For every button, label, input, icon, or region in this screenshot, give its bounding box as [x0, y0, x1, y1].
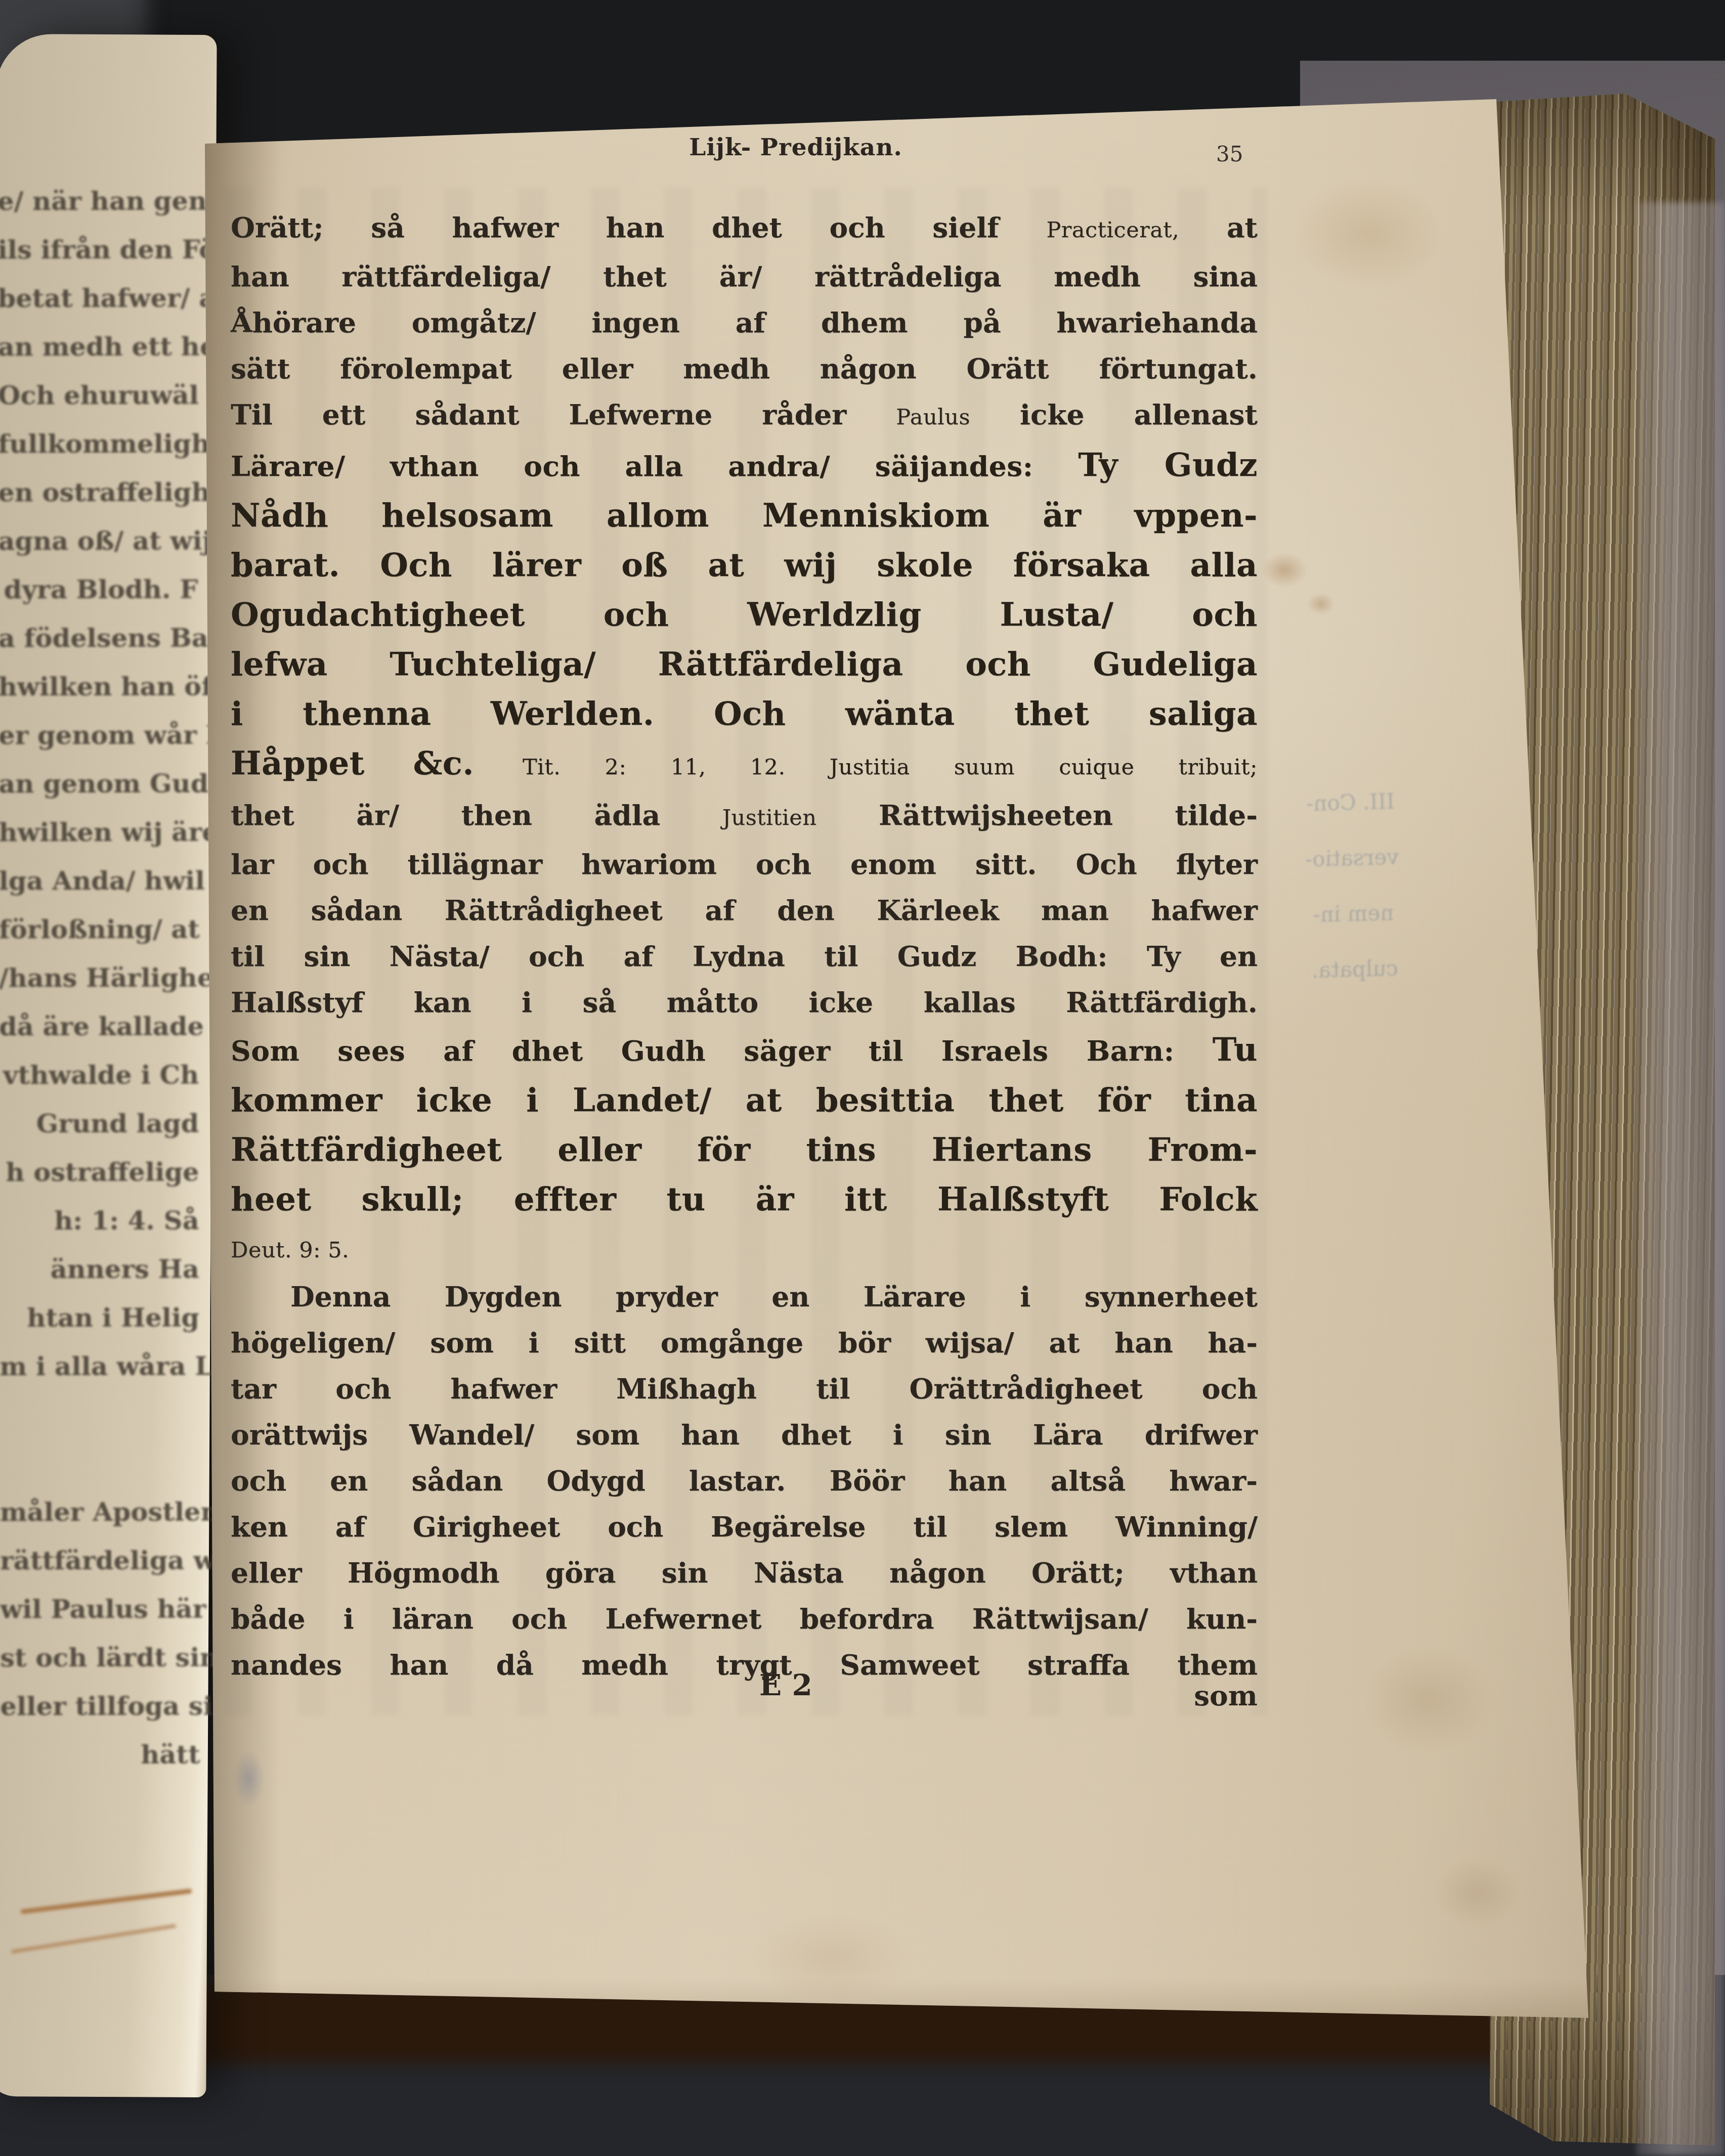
verso-text-fragment: hätt: [1, 1731, 200, 1780]
fraktur-segment: Halßstyf kan i så måtto icke kallas Rätt…: [231, 986, 1258, 1019]
fraktur-segment: Denna Dygden pryder en Lärare i synnerhe…: [290, 1280, 1258, 1313]
translucent-interleaf-sheet: [1636, 202, 1725, 2156]
verso-text-fragment: fullkommeligh: Ty: [0, 420, 198, 469]
text-line: Halßstyf kan i så måtto icke kallas Rätt…: [231, 979, 1258, 1025]
fraktur-segment: lefwa Tuchteliga/ Rättfärdeliga och Gude…: [231, 645, 1258, 683]
ink-offset-mark: [234, 1751, 264, 1807]
page-number: 35: [1216, 142, 1277, 166]
text-line: både i läran och Lefwernet befordra Rätt…: [231, 1596, 1258, 1642]
text-line: Orätt; så hafwer han dhet och sielf Prac…: [231, 204, 1258, 253]
signature-mark: E 2: [759, 1668, 812, 1702]
body-text: Orätt; så hafwer han dhet och sielf Prac…: [231, 204, 1258, 1688]
fraktur-segment: at: [1179, 211, 1258, 244]
fraktur-segment: thet är/ then ädla: [231, 799, 722, 831]
fox-spot: [1307, 593, 1334, 615]
page-footer: E 2 som: [231, 1664, 1258, 1745]
verso-text-fragment: e/ när han gen: [0, 177, 197, 226]
fraktur-segment: han rättfärdeliga/ thet är/ rättrådeliga…: [231, 260, 1258, 293]
margin-show-through-note: III. Con-versatio-nem in-culpata.: [1284, 773, 1421, 999]
verso-text-fragment: m i alla wåra L: [0, 1342, 199, 1391]
text-line: Åhörare omgåtz/ ingen af dhem på hwarieh…: [231, 299, 1258, 345]
verso-text-fragment: eller tillfoga sin: [0, 1682, 200, 1731]
stain: [1434, 1857, 1520, 1928]
verso-text-fragment: [0, 1391, 199, 1440]
text-line: Denna Dygden pryder en Lärare i synnerhe…: [231, 1273, 1258, 1319]
fraktur-segment: Håppet &c.: [231, 744, 523, 782]
fraktur-segment: Nådh helsosam allom Menniskiom är vppen-: [231, 497, 1258, 535]
verso-text-fragment: /hans Härlighee: [0, 954, 199, 1003]
verso-text-fragment: h ostraffelige: [0, 1148, 199, 1197]
verso-text-fragment: [0, 1439, 200, 1488]
fraktur-segment: barat. Och lärer oß at wij skole försaka…: [231, 546, 1258, 584]
text-line: och en sådan Odygd lastar. Böör han alts…: [231, 1458, 1258, 1504]
show-through-line: culpata.: [1288, 940, 1421, 999]
text-line: Som sees af dhet Gudh säger til Israels …: [231, 1025, 1258, 1076]
fraktur-segment: til sin Nästa/ och af Lydna til Gudz Bod…: [231, 940, 1258, 973]
fraktur-segment: Til ett sådant Lefwerne råder: [231, 398, 896, 431]
book-scan-scene: e/ när han genils ifrån den Förbetat haf…: [0, 0, 1725, 2156]
text-line: Til ett sådant Lefwerne råder Paulus ick…: [231, 391, 1258, 441]
show-through-line: III. Con-: [1284, 773, 1417, 832]
fraktur-segment: både i läran och Lefwernet befordra Rätt…: [231, 1602, 1258, 1635]
verso-text-fragment: h: 1: 4. Så: [0, 1197, 199, 1246]
fraktur-segment: ken af Girigheet och Begärelse til slem …: [231, 1510, 1258, 1543]
fraktur-segment: icke allenast: [970, 398, 1258, 431]
verso-text-fragment: änners Ha: [0, 1245, 199, 1294]
fraktur-segment: tar och hafwer Mißhagh til Orättrådighee…: [231, 1372, 1258, 1405]
catchword: som: [1194, 1679, 1258, 1712]
text-line: i thenna Werlden. Och wänta thet saliga: [231, 689, 1258, 739]
text-line: orättwijs Wandel/ som han dhet i sin Lär…: [231, 1412, 1258, 1458]
text-line: heet skull; effter tu är itt Halßstyft F…: [231, 1175, 1258, 1224]
verso-text-fragment: agna oß/ at wij: [0, 517, 198, 566]
text-line: Håppet &c. Tit. 2: 11, 12. Justitia suum…: [231, 739, 1258, 792]
fraktur-segment: i thenna Werlden. Och wänta thet saliga: [231, 695, 1258, 733]
verso-page-curled: e/ när han genils ifrån den Förbetat haf…: [0, 34, 217, 2097]
fox-spot: [1262, 552, 1307, 588]
fraktur-segment: orättwijs Wandel/ som han dhet i sin Lär…: [231, 1418, 1258, 1451]
fraktur-segment: Rättwijsheeten tilde-: [817, 799, 1258, 831]
verso-text-fragment: Grund lagd: [0, 1099, 199, 1149]
fraktur-segment: Ogudachtigheet och Werldzlig Lusta/ och: [231, 596, 1258, 634]
verso-text-fragment: dyra Blodh. F: [0, 565, 198, 614]
verso-text-fragment: er genom wår Fr: [0, 711, 198, 760]
text-line: en sådan Rättrådigheet af den Kärleek ma…: [231, 887, 1258, 933]
verso-text-fragment: Och ehuruwäl wår: [0, 371, 198, 420]
fraktur-segment: Lärare/ vthan och alla andra/ säijandes:: [231, 450, 1078, 482]
text-line: ken af Girigheet och Begärelse til slem …: [231, 1504, 1258, 1550]
text-line: lar och tillägnar hwariom och enom sitt.…: [231, 841, 1258, 887]
verso-text-fragment: ils ifrån den För: [0, 226, 197, 275]
antiqua-segment: Paulus: [896, 405, 970, 430]
text-line: kommer icke i Landet/ at besittia thet f…: [231, 1076, 1258, 1125]
verso-text-fragment: an genom Gudz: [0, 760, 198, 809]
stain: [1292, 178, 1444, 289]
verso-text-fragment: betat hafwer/ at ha: [0, 274, 198, 323]
text-line: til sin Nästa/ och af Lydna til Gudz Bod…: [231, 933, 1258, 979]
verso-text-fragment: måler Apostlen om: [0, 1488, 200, 1537]
verso-text-fragment: en ostraffeligh: [0, 468, 198, 517]
verso-text-fragment: hwilken wij äre: [0, 808, 198, 857]
antiqua-segment: Tit. 2: 11, 12. Justitia suum cuique tri…: [523, 755, 1258, 780]
recto-page: Lijk- Predijkan. 35 Orätt; så hafwer han…: [204, 97, 1590, 2024]
verso-page-text: e/ när han genils ifrån den Förbetat haf…: [0, 177, 200, 1780]
text-line: Deut. 9: 5.: [231, 1224, 1258, 1273]
verso-text-fragment: an medh ett heligt: [0, 323, 198, 372]
show-through-line: versatio-: [1285, 829, 1418, 888]
text-line: Ogudachtigheet och Werldzlig Lusta/ och: [231, 590, 1258, 640]
fraktur-segment: Rättfärdigheet eller för tins Hiertans F…: [231, 1131, 1258, 1169]
text-line: tar och hafwer Mißhagh til Orättrådighee…: [231, 1366, 1258, 1412]
fraktur-segment: Åhörare omgåtz/ ingen af dhem på hwarieh…: [231, 306, 1258, 339]
fraktur-segment: lar och tillägnar hwariom och enom sitt.…: [231, 848, 1258, 881]
fraktur-segment: högeligen/ som i sitt omgånge bör wijsa/…: [231, 1326, 1258, 1359]
text-line: sätt förolempat eller medh någon Orätt f…: [231, 345, 1258, 391]
text-line: Nådh helsosam allom Menniskiom är vppen-: [231, 491, 1258, 541]
verso-text-fragment: hwilken han öf: [0, 663, 198, 712]
fraktur-segment: och en sådan Odygd lastar. Böör han alts…: [231, 1464, 1258, 1497]
text-line: lefwa Tuchteliga/ Rättfärdeliga och Gude…: [231, 640, 1258, 689]
text-line: Rättfärdigheet eller för tins Hiertans F…: [231, 1125, 1258, 1175]
verso-text-fragment: htan i Helig: [0, 1294, 199, 1343]
text-line: Lärare/ vthan och alla andra/ säijandes:…: [231, 441, 1258, 491]
verso-text-fragment: a födelsens Bad: [0, 614, 198, 663]
text-line: barat. Och lärer oß at wij skole försaka…: [231, 541, 1258, 590]
verso-text-fragment: då äre kallade: [0, 1002, 199, 1051]
fraktur-segment: sätt förolempat eller medh någon Orätt f…: [231, 352, 1258, 385]
text-line: thet är/ then ädla Justitien Rättwijshee…: [231, 792, 1258, 841]
verso-text-fragment: rättfärdeliga wij: [0, 1536, 200, 1586]
verso-text-fragment: st och lärdt sina: [0, 1634, 200, 1683]
fraktur-segment: Ty Gudz: [1078, 446, 1258, 484]
page-title: Lijk- Predijkan.: [644, 134, 947, 161]
fraktur-segment: Tu: [1213, 1031, 1258, 1069]
running-header: Lijk- Predijkan. 35: [204, 134, 1590, 189]
verso-text-fragment: lga Anda/ hwil: [0, 857, 199, 906]
verso-text-fragment: förloßning/ at: [0, 905, 199, 954]
text-line: högeligen/ som i sitt omgånge bör wijsa/…: [231, 1319, 1258, 1366]
verso-text-fragment: wil Paulus här sä: [0, 1585, 200, 1634]
antiqua-segment: Deut. 9: 5.: [231, 1238, 349, 1263]
fraktur-segment: eller Högmodh göra sin Nästa någon Orätt…: [231, 1556, 1258, 1589]
show-through-line: nem in-: [1287, 885, 1420, 944]
antiqua-segment: Practicerat,: [1046, 217, 1179, 243]
fraktur-segment: kommer icke i Landet/ at besittia thet f…: [231, 1081, 1258, 1119]
verso-text-fragment: vthwalde i Ch: [0, 1051, 199, 1100]
fraktur-segment: heet skull; effter tu är itt Halßstyft F…: [231, 1180, 1258, 1218]
stain: [1363, 1645, 1494, 1756]
antiqua-segment: Justitien: [722, 805, 817, 830]
fraktur-segment: Som sees af dhet Gudh säger til Israels …: [231, 1034, 1213, 1067]
text-line: han rättfärdeliga/ thet är/ rättrådeliga…: [231, 253, 1258, 299]
fraktur-segment: Orätt; så hafwer han dhet och sielf: [231, 211, 1046, 244]
stain: [751, 1913, 913, 2004]
fraktur-segment: en sådan Rättrådigheet af den Kärleek ma…: [231, 894, 1258, 927]
text-line: eller Högmodh göra sin Nästa någon Orätt…: [231, 1550, 1258, 1596]
